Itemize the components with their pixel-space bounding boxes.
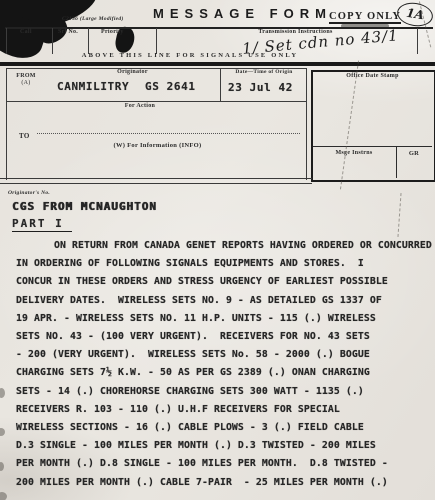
call-header-label: Call	[20, 29, 32, 35]
body-line: D.3 SINGLE - 100 MILES PER MONTH (.) D.3…	[16, 437, 428, 455]
copy-only-stamp: COPY ONLY	[329, 11, 401, 24]
office-date-stamp-box	[311, 70, 435, 182]
part-heading: PART I	[12, 217, 72, 232]
for-information-label: (W) For Information (INFO)	[80, 142, 235, 149]
body-line: WIRELESS SECTIONS - 16 (.) CABLE PLOWS -…	[16, 419, 428, 437]
originator-number: GS 2641	[145, 80, 196, 93]
grid-line	[6, 101, 307, 102]
message-body: ON RETURN FROM CANADA GENET REPORTS HAVI…	[16, 237, 428, 492]
priority-header-label: Priority	[101, 29, 124, 35]
for-action-label: For Action	[65, 103, 215, 109]
signals-use-only-line: ABOVE THIS LINE FOR SIGNALS USE ONLY	[60, 52, 320, 59]
date-time-of-origin-label: Date—Time of Origin	[224, 69, 304, 75]
edge-smudge	[0, 462, 4, 471]
from-sub-label: (A)	[8, 80, 44, 86]
grid-line	[313, 146, 432, 147]
body-line: DELIVERY DATES. WIRELESS SETS NO. 9 - AS…	[16, 292, 428, 310]
grid-line	[417, 28, 418, 54]
body-line: RECEIVERS R. 103 - 110 (.) U.H.F RECEIVE…	[16, 401, 428, 419]
edge-smudge	[0, 388, 5, 398]
grid-line	[220, 68, 221, 101]
body-line: CHARGING SETS 7½ K.W. - 50 AS PER GS 238…	[16, 364, 428, 382]
to-fill-line	[37, 133, 300, 134]
grid-line	[306, 68, 307, 180]
message-form-document: C2136 (Large Modified) MESSAGE FORM COPY…	[0, 0, 435, 500]
originator-label: Originator	[60, 69, 205, 75]
grid-line	[88, 28, 89, 54]
body-line: CONCUR IN THESE ORDERS AND STRESS URGENC…	[16, 273, 428, 291]
heavy-rule	[0, 62, 435, 66]
page-title: MESSAGE FORM	[150, 6, 335, 21]
body-line: 200 MILES PER MONTH (.) CABLE 7-PAIR - 2…	[16, 474, 428, 492]
body-line: PER MONTH (.) D.8 SINGLE - 100 MILES PER…	[16, 455, 428, 473]
msge-instrns-label: Msge Instrns	[313, 150, 395, 156]
grid-line	[52, 28, 53, 54]
date-time-of-origin-value: 23 Jul 42	[228, 81, 293, 94]
originators-no-label: Originator's No.	[8, 190, 50, 196]
edge-smudge	[0, 428, 5, 436]
srl-no-header-label: Srl No.	[58, 29, 78, 35]
grid-line	[6, 68, 7, 180]
body-line: SETS - 14 (.) CHOREHORSE CHARGING SETS 3…	[16, 383, 428, 401]
addressee-line: CGS FROM MCNAUGHTON	[12, 200, 157, 213]
form-number: C2136 (Large Modified)	[62, 16, 124, 22]
heavy-rule	[0, 178, 312, 184]
fold-crease	[397, 193, 401, 237]
gr-label: GR	[397, 150, 431, 157]
body-line: ON RETURN FROM CANADA GENET REPORTS HAVI…	[16, 237, 428, 255]
body-line: SETS NO. 43 - (100 VERY URGENT). RECEIVE…	[16, 328, 428, 346]
grid-line	[6, 28, 7, 54]
to-label: TO	[19, 132, 30, 140]
body-line: - 200 (VERY URGENT). WIRELESS SETS No. 5…	[16, 346, 428, 364]
edge-smudge	[0, 492, 7, 500]
body-line: 19 APR. - WIRELESS SETS NO. 11 H.P. UNIT…	[16, 310, 428, 328]
originator-name: CANMILITRY	[57, 80, 129, 93]
office-date-stamp-label: Office Date Stamp	[315, 73, 430, 79]
page-ref-circle: 1A	[395, 0, 434, 28]
grid-line	[156, 28, 157, 54]
body-line: IN ORDERING OF FOLLOWING SIGNALS EQUIPME…	[16, 255, 428, 273]
from-label: FROM	[8, 73, 44, 79]
